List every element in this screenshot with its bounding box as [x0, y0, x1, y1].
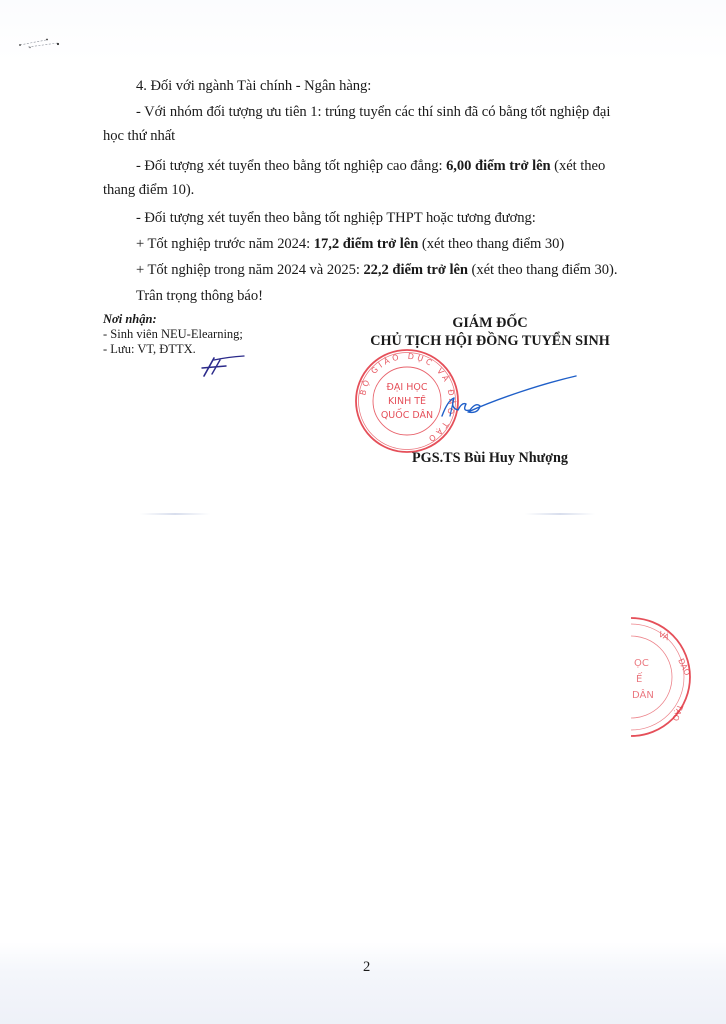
sub-item-before-2024: + Tốt nghiệp trước năm 2024: 17,2 điểm t…	[136, 235, 564, 253]
college-scale-note: (xét theo	[551, 158, 606, 174]
signature-icon	[440, 372, 580, 422]
sub-item-threshold: 17,2 điểm trở lên	[314, 236, 419, 252]
stamp-line-1: ĐẠI HỌC	[387, 382, 428, 393]
recipients-title: Nơi nhận:	[103, 312, 243, 327]
document-page: 4. Đối với ngành Tài chính - Ngân hàng: …	[0, 0, 726, 1024]
scan-artifact	[525, 513, 595, 515]
college-threshold: 6,00 điểm trở lên	[446, 158, 551, 174]
page-number: 2	[363, 958, 370, 976]
recipient-item: - Sinh viên NEU-Elearning;	[103, 327, 243, 342]
signatory-title-1: GIÁM ĐỐC	[330, 314, 650, 332]
sub-item-text: + Tốt nghiệp trước năm 2024:	[136, 236, 314, 252]
svg-text:TẠO: TẠO	[669, 702, 684, 722]
paragraph-college-line2: thang điểm 10).	[103, 181, 194, 199]
stamp-line-3: QUỐC DÂN	[381, 408, 433, 421]
signatory-name: PGS.TS Bùi Huy Nhượng	[330, 449, 650, 467]
partial-stamp-icon: VÀ ĐÀO TẠO ỌC Ế DÂN	[626, 612, 726, 742]
paragraph-highschool: - Đối tượng xét tuyển theo bằng tốt nghi…	[136, 209, 536, 227]
paragraph-priority-line1: - Với nhóm đối tượng ưu tiên 1: trúng tu…	[136, 103, 610, 121]
svg-text:DÂN: DÂN	[632, 688, 654, 701]
sub-item-scale-note: (xét theo thang điểm 30).	[468, 262, 617, 278]
scan-artifact	[140, 513, 210, 515]
sub-item-2024-2025: + Tốt nghiệp trong năm 2024 và 2025: 22,…	[136, 261, 617, 279]
college-text: - Đối tượng xét tuyển theo bằng tốt nghi…	[136, 158, 446, 174]
stamp-line-2: KINH TẾ	[388, 395, 427, 407]
svg-text:ỌC: ỌC	[634, 658, 649, 669]
initials-mark-icon	[198, 354, 246, 378]
closing-text: Trân trọng thông báo!	[136, 287, 263, 305]
scan-mark-icon	[18, 36, 62, 50]
sub-item-text: + Tốt nghiệp trong năm 2024 và 2025:	[136, 262, 363, 278]
section-heading: 4. Đối với ngành Tài chính - Ngân hàng:	[136, 77, 371, 95]
sub-item-scale-note: (xét theo thang điểm 30)	[418, 236, 564, 252]
paragraph-college-line1: - Đối tượng xét tuyển theo bằng tốt nghi…	[136, 157, 605, 175]
svg-text:ĐÀO: ĐÀO	[676, 656, 693, 677]
recipients-block: Nơi nhận: - Sinh viên NEU-Elearning; - L…	[103, 312, 243, 357]
sub-item-threshold: 22,2 điểm trở lên	[363, 262, 468, 278]
paragraph-priority-line2: học thứ nhất	[103, 127, 175, 145]
svg-text:Ế: Ế	[636, 671, 643, 685]
